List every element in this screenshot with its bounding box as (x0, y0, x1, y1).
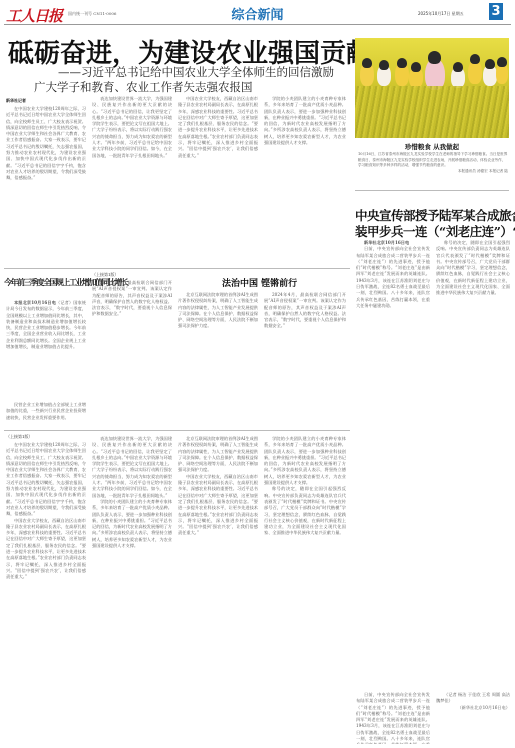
page-number-badge: 3 (489, 3, 503, 20)
closing-dateline: （新华社北京10月16日电） (436, 705, 510, 711)
lower-column-1: 在中国农业大学建校120周年之际，习近平总书记近日给中国农业大学全体师生回信，向… (6, 442, 86, 742)
section-header-law: 法治中国 铿锵前行 (222, 276, 297, 289)
lower-column-5: 日前，中央宣传部向全社会宣传发布陆军某合成旅合成二营装甲步兵一连（“刘老庄连”）… (356, 692, 430, 744)
right-story-column-1: 新华社北京10月16日电 日前，中央宣传部向全社会宣传发布陆军某合成旅合成二营装… (356, 240, 430, 690)
lower-divider (4, 430, 350, 431)
lead-column-3: 中国农业大学校友，西藏自治区山南市隆子县农业农村局副局长表示，在高原扎根多年，深… (178, 96, 258, 266)
right-story-column-2: 称号的决定，随即在全国引起强烈反响。中央宣传部负责同志为英雄连队官兵代表颁发了“… (436, 240, 510, 690)
news-photo (355, 38, 509, 138)
left-story-column: 本报北京10月16日电（记者）国家统计局今日发布的数据显示，今年前三季度，全国规… (6, 300, 86, 400)
center-story-column-1: 2024年4月，最高检联合网信部门开展“AI声音侵权案”一审宣判。该案认定作为配… (92, 280, 172, 420)
lead-column-1: 在中国农业大学建校120周年之际，习近平总书记近日给中国农业大学全体师生回信，向… (6, 106, 86, 266)
lead-subhead-2: 广大学子和教育、农业工作者矢志强农报国 (34, 79, 253, 95)
photo-divider (355, 190, 509, 191)
issue-date: 2025年10月17日 星期五 (418, 11, 464, 17)
right-story-headline-2: 装甲步兵一连（“刘老庄连”）“时代楷模”称号 (355, 222, 515, 240)
left-story-dateline: 本报北京10月16日电 (14, 300, 56, 305)
mid-divider (4, 268, 350, 269)
photo-credit: 本报通讯员 汤德宏 本报记者 陆 (358, 169, 508, 175)
lead-column-4: 学院的小麦团队建立的小麦育种专家体系，多年来培育了一批高产优质小麦品种。团队负责… (264, 96, 346, 266)
center-story-column-2: 北京互联网法院审理的首例涉AI生成图片著作权侵权纠纷案，明确了人工智能生成内容的… (178, 292, 258, 420)
continued-label: （上接第1版） (92, 272, 119, 278)
masthead: 工人日报 国内统一刊号 CN11-0006 综合新闻 2025年10月17日 星… (0, 0, 515, 26)
lower-column-2: 表达加快建设世界一流大学，为强国建设、民族复兴作出新的更大贡献的决心。“习近平总… (92, 436, 172, 742)
lower-column-4: 学院的小麦团队建立的小麦育种专家体系，多年来培育了一批高产优质小麦品种。团队负责… (264, 436, 346, 742)
lead-subhead-1: ——习近平总书记给中国农业大学全体师生的回信激励 (58, 64, 334, 80)
lower-column-6: （记者 杨洁 于佳欣 王希 周圆 高洁 魏梦佳） （新华社北京10月16日电） (436, 692, 510, 744)
photo-caption-title: 珍惜粮食 从我做起 (355, 142, 509, 151)
left-story-tail: 民营企业工业增加值占全部规上工业增加值的比重，一些新兴行业民营企业投资增速较快，… (6, 402, 86, 432)
lead-column-2: 表达加快建设世界一流大学，为强国建设、民族复兴作出新的更大贡献的决心。“习近平总… (92, 96, 172, 266)
lower-column-3: 北京互联网法院审理的首例涉AI生成图片著作权侵权纠纷案，明确了人工智能生成内容的… (178, 436, 258, 742)
center-story-column-3: 2024年4月，最高检联合网信部门开展“AI声音侵权案”一审宣判。该案认定作为配… (264, 292, 346, 420)
right-story-dateline: 新华社北京10月16日电 (364, 240, 409, 245)
photo-caption-body: 10月16日，江苏省泰州市海陵区九龙实验学校学生在老师的指导下学习珍惜粮食。当日… (358, 152, 508, 174)
lower-continued-label: （上接第1版） (6, 434, 33, 440)
masthead-divider (4, 24, 511, 25)
lead-byline: 新华社记者 (6, 98, 26, 104)
